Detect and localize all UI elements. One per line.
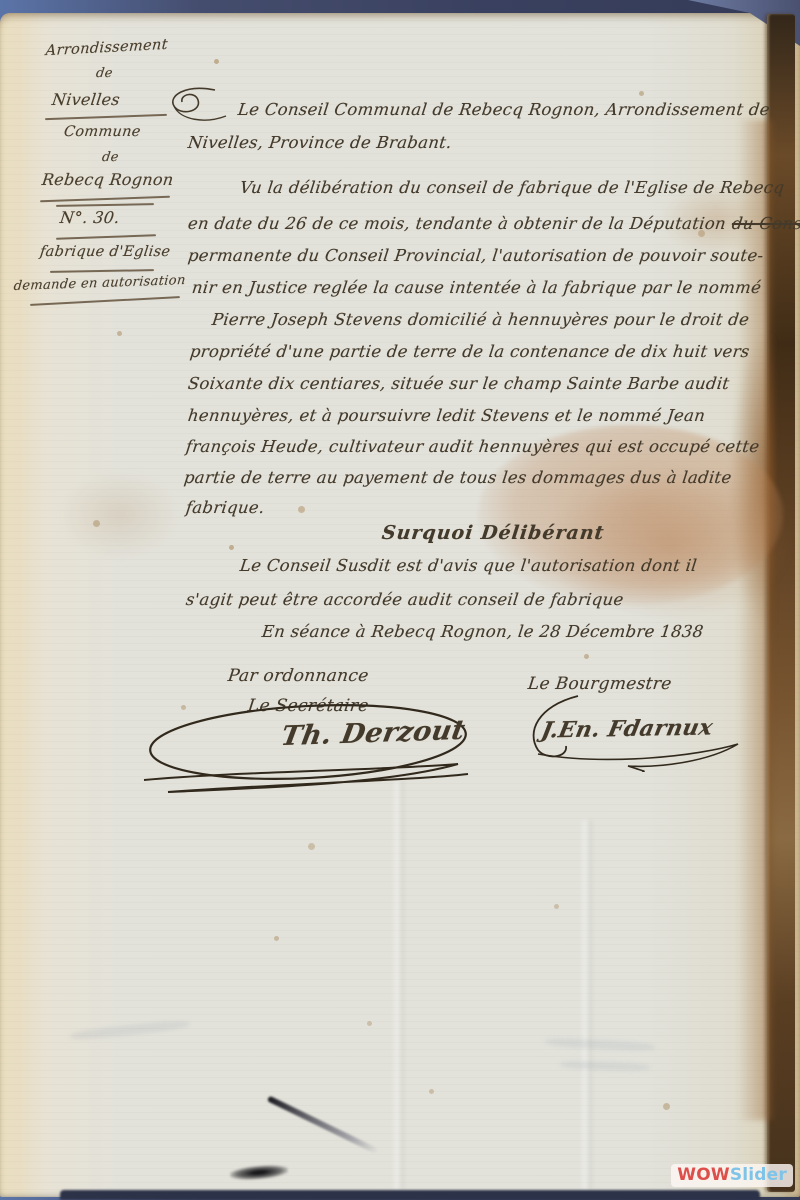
signature-left-label-1: Par ordonnance (227, 666, 370, 686)
wowslider-logo-wow: WOW (677, 1165, 730, 1185)
manuscript-line: en date du 26 de ce mois, tendante à obt… (187, 214, 800, 233)
wowslider-logo-slider: Slider (730, 1165, 787, 1185)
fox-spots (0, 0, 3, 3)
margin-note-commune-name: Rebecq Rognon (41, 170, 175, 189)
signature-right-name: J.En. Fdarnux (539, 715, 715, 744)
manuscript-line: Soixante dix centiares, située sur le ch… (187, 374, 731, 393)
manuscript-line-dateline: En séance à Rebecq Rognon, le 28 Décembr… (261, 622, 705, 641)
signature-left-name: Th. Derzout (279, 715, 468, 752)
signature-right-label: Le Bourgmestre (527, 674, 673, 694)
manuscript-line: fabrique. (185, 498, 266, 517)
manuscript-line: Vu la délibération du conseil de fabriqu… (239, 178, 786, 197)
deliberation-heading: Surquoi Délibérant (381, 522, 606, 544)
manuscript-line: partie de terre au payement de tous les … (183, 468, 733, 487)
margin-note-commune: Commune (63, 124, 142, 140)
manuscript-line: permanente du Conseil Provincial, l'auto… (187, 246, 765, 265)
margin-note-number: N°. 30. (59, 208, 121, 227)
manuscript-line: françois Heude, cultivateur audit hennuy… (185, 437, 761, 456)
bottom-shadow (60, 1190, 760, 1200)
manuscript-photo: Arrondissement de Nivelles Commune de Re… (0, 0, 800, 1200)
fold-crease (580, 820, 594, 1190)
line-text: en date du 26 de ce mois, tendante à obt… (187, 214, 727, 233)
margin-note-nivelles: Nivelles (51, 90, 121, 109)
manuscript-line: Le Conseil Susdit est d'avis que l'autor… (239, 556, 698, 575)
manuscript-line: Nivelles, Province de Brabant. (187, 133, 453, 152)
manuscript-line: Pierre Joseph Stevens domicilié à hennuy… (211, 310, 751, 329)
margin-note-de-1: de (95, 66, 113, 81)
manuscript-line: Le Conseil Communal de Rebecq Rognon, Ar… (237, 100, 771, 119)
fold-crease (392, 780, 406, 1190)
opening-swash (160, 86, 230, 126)
manuscript-line: s'agit peut être accordée audit conseil … (185, 590, 625, 609)
margin-note-de-2: de (101, 150, 119, 165)
manuscript-line: nir en Justice reglée la cause intentée … (191, 278, 763, 297)
stain-left (60, 470, 180, 560)
margin-note-fabrique: fabrique d'Eglise (39, 244, 171, 260)
wowslider-watermark[interactable]: WOWSlider (671, 1164, 793, 1187)
struck-text: du Conseil (731, 214, 800, 233)
manuscript-line: hennuyères, et à poursuivre ledit Steven… (187, 406, 707, 425)
manuscript-line: propriété d'une partie de terre de la co… (189, 342, 751, 361)
